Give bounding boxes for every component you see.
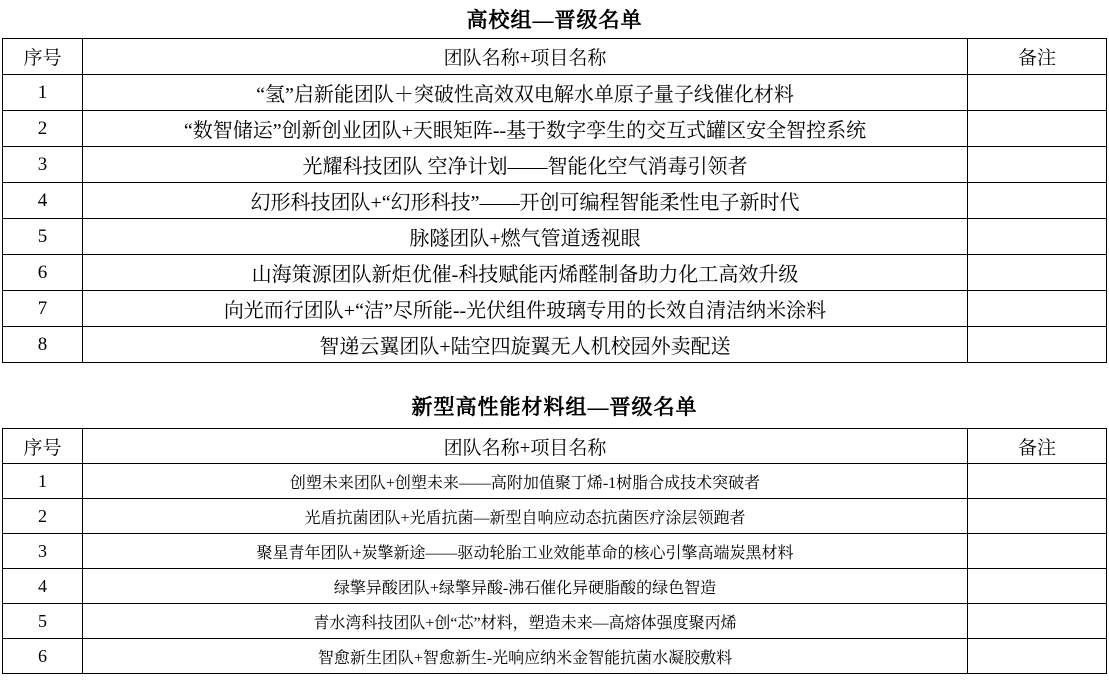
team-project-name-cell: 幻形科技团队+“幻形科技”——开创可编程智能柔性电子新时代	[83, 183, 968, 219]
new-materials-group-title: 新型高性能材料组—晋级名单	[2, 395, 1107, 420]
table-row: 3聚星青年团队+炭擎新途——驱动轮胎工业效能革命的核心引擎高端炭黑材料	[3, 534, 1107, 569]
remark-cell	[968, 327, 1107, 363]
remark-cell	[968, 639, 1107, 674]
table-row: 8智递云翼团队+陆空四旋翼无人机校园外卖配送	[3, 327, 1107, 363]
remark-cell	[968, 219, 1107, 255]
table-row: 6智愈新生团队+智愈新生-光响应纳米金智能抗菌水凝胶敷料	[3, 639, 1107, 674]
row-number-cell: 1	[3, 464, 83, 499]
team-project-name-cell: 向光而行团队+“洁”尽所能--光伏组件玻璃专用的长效自清洁纳米涂料	[83, 291, 968, 327]
team-project-name-cell: “氢”启新能团队＋突破性高效双电解水单原子量子线催化材料	[83, 75, 968, 111]
new-materials-group-table: 序号团队名称+项目名称备注 1创塑未来团队+创塑未来——高附加值聚丁烯-1树脂合…	[2, 428, 1107, 674]
remark-cell	[968, 111, 1107, 147]
remark-cell	[968, 499, 1107, 534]
team-project-name-cell: 聚星青年团队+炭擎新途——驱动轮胎工业效能革命的核心引擎高端炭黑材料	[83, 534, 968, 569]
row-number-cell: 4	[3, 569, 83, 604]
column-header-no: 序号	[3, 39, 83, 75]
team-project-name-cell: 光耀科技团队 空净计划——智能化空气消毒引领者	[83, 147, 968, 183]
table-header-row: 序号团队名称+项目名称备注	[3, 429, 1107, 464]
column-header-name: 团队名称+项目名称	[83, 429, 968, 464]
table-row: 5青水湾科技团队+创“芯”材料，塑造未来—高熔体强度聚丙烯	[3, 604, 1107, 639]
column-header-no: 序号	[3, 429, 83, 464]
team-project-name-cell: 创塑未来团队+创塑未来——高附加值聚丁烯-1树脂合成技术突破者	[83, 464, 968, 499]
table-row: 1“氢”启新能团队＋突破性高效双电解水单原子量子线催化材料	[3, 75, 1107, 111]
team-project-name-cell: 青水湾科技团队+创“芯”材料，塑造未来—高熔体强度聚丙烯	[83, 604, 968, 639]
table-row: 4绿擎异酸团队+绿擎异酸-沸石催化异硬脂酸的绿色智造	[3, 569, 1107, 604]
team-project-name-cell: 绿擎异酸团队+绿擎异酸-沸石催化异硬脂酸的绿色智造	[83, 569, 968, 604]
remark-cell	[968, 75, 1107, 111]
row-number-cell: 5	[3, 604, 83, 639]
remark-cell	[968, 569, 1107, 604]
remark-cell	[968, 147, 1107, 183]
remark-cell	[968, 464, 1107, 499]
table-header-row: 序号团队名称+项目名称备注	[3, 39, 1107, 75]
remark-cell	[968, 604, 1107, 639]
row-number-cell: 1	[3, 75, 83, 111]
table-row: 6山海策源团队新炬优催-科技赋能丙烯醛制备助力化工高效升级	[3, 255, 1107, 291]
team-project-name-cell: 智愈新生团队+智愈新生-光响应纳米金智能抗菌水凝胶敷料	[83, 639, 968, 674]
column-header-remark: 备注	[968, 39, 1107, 75]
row-number-cell: 5	[3, 219, 83, 255]
remark-cell	[968, 183, 1107, 219]
table-row: 2“数智储运”创新创业团队+天眼矩阵--基于数字孪生的交互式罐区安全智控系统	[3, 111, 1107, 147]
row-number-cell: 3	[3, 534, 83, 569]
row-number-cell: 8	[3, 327, 83, 363]
row-number-cell: 7	[3, 291, 83, 327]
row-number-cell: 4	[3, 183, 83, 219]
column-header-remark: 备注	[968, 429, 1107, 464]
table-row: 5脉隧团队+燃气管道透视眼	[3, 219, 1107, 255]
column-header-name: 团队名称+项目名称	[83, 39, 968, 75]
row-number-cell: 3	[3, 147, 83, 183]
row-number-cell: 6	[3, 639, 83, 674]
row-number-cell: 2	[3, 111, 83, 147]
table-row: 1创塑未来团队+创塑未来——高附加值聚丁烯-1树脂合成技术突破者	[3, 464, 1107, 499]
team-project-name-cell: 山海策源团队新炬优催-科技赋能丙烯醛制备助力化工高效升级	[83, 255, 968, 291]
team-project-name-cell: 脉隧团队+燃气管道透视眼	[83, 219, 968, 255]
university-group-title: 高校组—晋级名单	[2, 8, 1107, 33]
remark-cell	[968, 255, 1107, 291]
team-project-name-cell: 光盾抗菌团队+光盾抗菌—新型自响应动态抗菌医疗涂层领跑者	[83, 499, 968, 534]
remark-cell	[968, 534, 1107, 569]
table-row: 3光耀科技团队 空净计划——智能化空气消毒引领者	[3, 147, 1107, 183]
team-project-name-cell: 智递云翼团队+陆空四旋翼无人机校园外卖配送	[83, 327, 968, 363]
new-materials-group-section: 新型高性能材料组—晋级名单 序号团队名称+项目名称备注 1创塑未来团队+创塑未来…	[2, 395, 1107, 674]
university-group-section: 高校组—晋级名单 序号团队名称+项目名称备注 1“氢”启新能团队＋突破性高效双电…	[2, 8, 1107, 363]
university-group-table: 序号团队名称+项目名称备注 1“氢”启新能团队＋突破性高效双电解水单原子量子线催…	[2, 38, 1107, 363]
team-project-name-cell: “数智储运”创新创业团队+天眼矩阵--基于数字孪生的交互式罐区安全智控系统	[83, 111, 968, 147]
row-number-cell: 2	[3, 499, 83, 534]
table-row: 4幻形科技团队+“幻形科技”——开创可编程智能柔性电子新时代	[3, 183, 1107, 219]
row-number-cell: 6	[3, 255, 83, 291]
remark-cell	[968, 291, 1107, 327]
table-row: 2光盾抗菌团队+光盾抗菌—新型自响应动态抗菌医疗涂层领跑者	[3, 499, 1107, 534]
table-row: 7向光而行团队+“洁”尽所能--光伏组件玻璃专用的长效自清洁纳米涂料	[3, 291, 1107, 327]
